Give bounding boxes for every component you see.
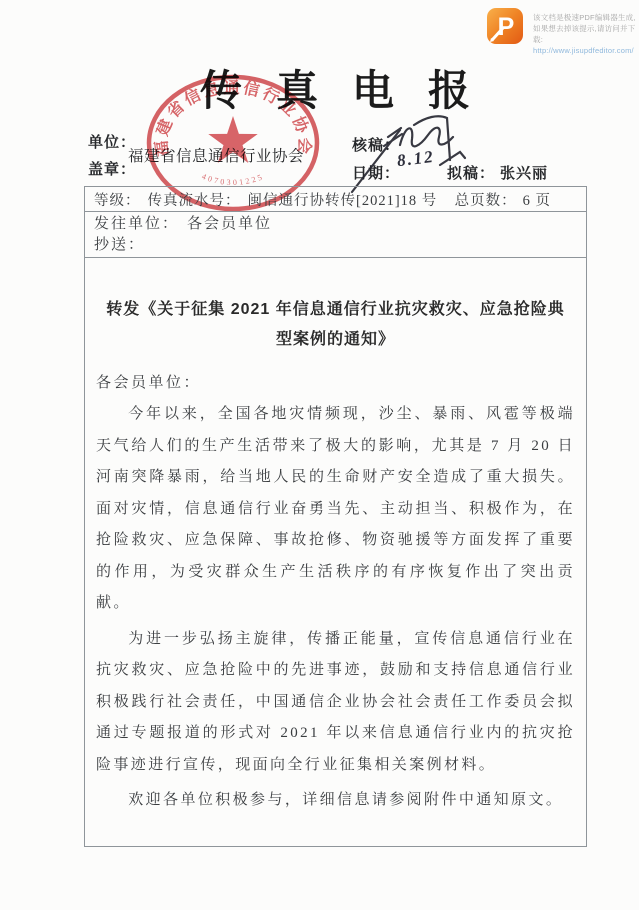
pages-value: 6 页 bbox=[523, 189, 551, 210]
document-title: 传真电报 bbox=[200, 58, 504, 118]
watermark-line-2: 如果想去掉该提示,请访问并下载: bbox=[533, 23, 639, 45]
drafter-label: 拟稿： bbox=[447, 162, 495, 183]
meta-row-level: 等级： 传真流水号： 闽信通行协转传[2021]18 号 总页数： 6 页 bbox=[85, 187, 586, 212]
handwritten-date: 8.12 bbox=[396, 147, 436, 171]
telegram-body-cell: 转发《关于征集 2021 年信息通信行业抗灾救灾、应急抢险典型案例的通知》 各会… bbox=[85, 295, 586, 817]
watermark-line-1: 该文档是极速PDF编辑器生成, bbox=[533, 12, 639, 23]
organization-name: 福建省信息通信行业协会 bbox=[128, 144, 304, 166]
meta-row-recipients: 发往单位： 各会员单位 抄送： bbox=[85, 212, 586, 258]
svg-text:4070301225: 4070301225 bbox=[201, 172, 266, 187]
send-to-label: 发往单位： bbox=[94, 214, 179, 235]
serial-value: 闽信通行协转传[2021]18 号 bbox=[248, 189, 438, 210]
total-pages-field: 总页数： 6 页 bbox=[455, 189, 551, 210]
telegram-table: 等级： 传真流水号： 闽信通行协转传[2021]18 号 总页数： 6 页 发往… bbox=[84, 186, 587, 847]
drafter-field: 拟稿： 张兴丽 bbox=[447, 162, 548, 183]
notice-heading: 转发《关于征集 2021 年信息通信行业抗灾救灾、应急抢险典型案例的通知》 bbox=[98, 295, 573, 355]
review-label: 核稿： bbox=[352, 134, 400, 155]
seal-number: 4070301225 bbox=[201, 172, 266, 187]
pdf-editor-watermark: P 该文档是极速PDF编辑器生成, 如果想去掉该提示,请访问并下载: http:… bbox=[486, 7, 639, 56]
send-to-value: 各会员单位 bbox=[187, 214, 272, 235]
watermark-url-link[interactable]: http://www.jisupdfeditor.com/ bbox=[533, 45, 639, 56]
drafter-name: 张兴丽 bbox=[500, 162, 548, 183]
date-label: 日期： bbox=[352, 162, 400, 183]
pdf-editor-icon: P bbox=[486, 7, 524, 50]
level-label: 等级： bbox=[94, 189, 141, 210]
pages-label: 总页数： bbox=[455, 189, 517, 210]
salutation: 各会员单位： bbox=[96, 371, 575, 395]
body-paragraph-1: 今年以来，全国各地灾情频现，沙尘、暴雨、风雹等极端天气给人们的生产生活带来了极大… bbox=[96, 399, 575, 620]
serial-label: 传真流水号： bbox=[148, 189, 241, 210]
fax-telegram-document: P 该文档是极速PDF编辑器生成, 如果想去掉该提示,请访问并下载: http:… bbox=[0, 0, 639, 910]
body-paragraph-2: 为进一步弘扬主旋律，传播正能量，宣传信息通信行业在抗灾救灾、应急抢险中的先进事迹… bbox=[96, 624, 575, 782]
body-paragraph-3: 欢迎各单位积极参与，详细信息请参阅附件中通知原文。 bbox=[96, 785, 575, 817]
cc-label: 抄送： bbox=[94, 235, 145, 256]
svg-text:P: P bbox=[498, 13, 515, 41]
